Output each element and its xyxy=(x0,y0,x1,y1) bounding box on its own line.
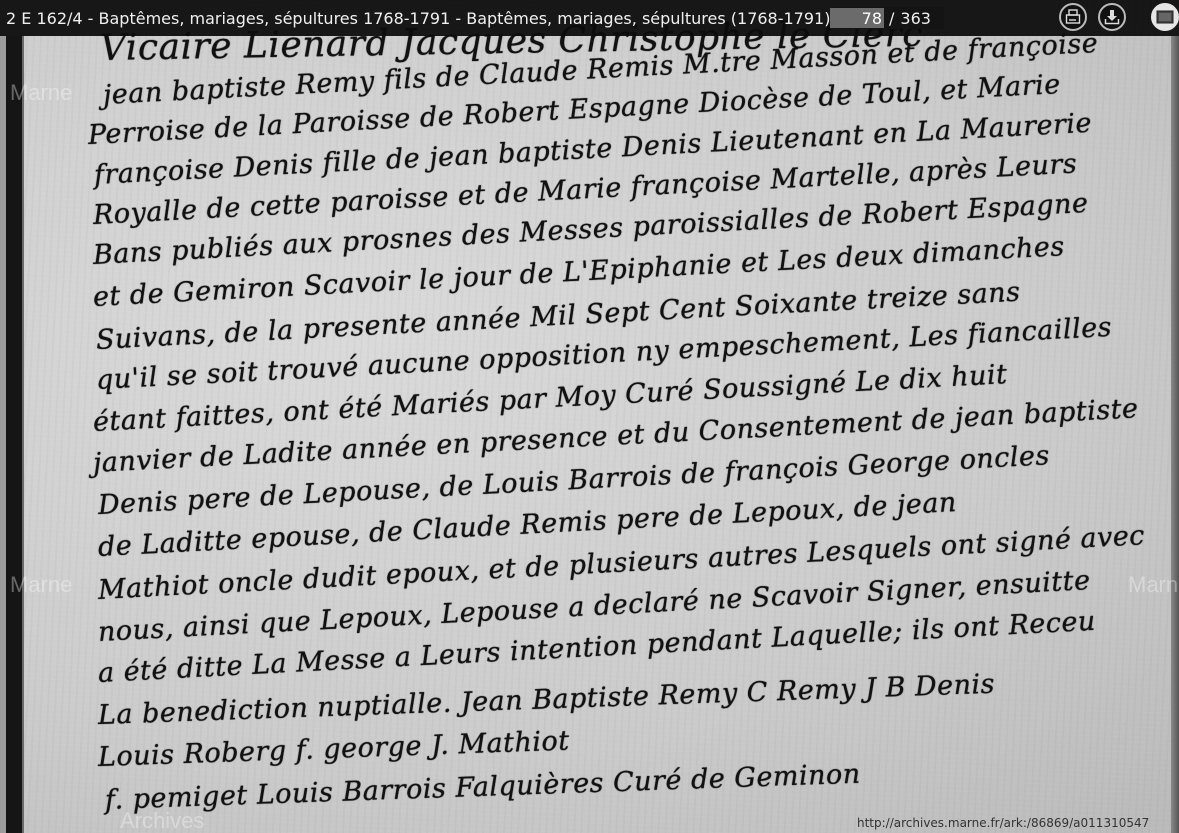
register-line: jean baptiste Remy fils de Claude Remis … xyxy=(102,28,1099,111)
page-navigator: / 363 xyxy=(830,7,944,29)
watermark: Marne xyxy=(10,572,72,598)
register-line: janvier de Ladite année en presence et d… xyxy=(92,393,1139,479)
watermark: Marne xyxy=(1128,572,1179,598)
register-line: f. pemiget Louis Barrois Falquières Curé… xyxy=(104,759,861,816)
current-page-input[interactable] xyxy=(830,8,884,28)
register-line: Perroise de la Paroisse de Robert Espagn… xyxy=(87,69,1061,151)
page-binding-edge xyxy=(0,36,24,833)
register-line: Louis Roberg f. george J. Mathiot xyxy=(97,726,570,773)
register-line: qu'il se soit trouvé aucune opposition n… xyxy=(95,312,1113,396)
watermark: Marne xyxy=(10,80,72,106)
total-pages: 363 xyxy=(900,9,931,28)
register-line: Mathiot oncle dudit epoux, et de plusieu… xyxy=(97,520,1145,606)
register-line: et de Gemiron Scavoir le jour de L'Epiph… xyxy=(92,231,1065,313)
print-button[interactable] xyxy=(1059,3,1087,31)
register-line: Suivans, de la presente année Mil Sept C… xyxy=(95,277,1021,356)
register-line: Royalle de cette paroisse et de Marie fr… xyxy=(92,148,1078,231)
permalink[interactable]: http://archives.marne.fr/ark:/86869/a011… xyxy=(857,816,1179,830)
register-line: de Laditte epouse, de Claude Remis pere … xyxy=(97,487,957,563)
watermark: Archives xyxy=(120,808,204,833)
viewer-toolbar: 2 E 162/4 - Baptêmes, mariages, sépultur… xyxy=(0,0,1179,36)
fullscreen-button[interactable] xyxy=(1151,3,1179,31)
document-image-viewer[interactable]: Marne Marne Marne Archives Vicaire Liena… xyxy=(0,0,1179,833)
register-line: Denis pere de Lepouse, de Louis Barrois … xyxy=(97,440,1050,521)
page-right-edge xyxy=(1171,36,1179,833)
register-line: françoise Denis fille de jean baptiste D… xyxy=(93,108,1093,191)
download-button[interactable] xyxy=(1098,3,1126,31)
register-line: nous, ainsi que Lepoux, Lepouse a declar… xyxy=(97,565,1091,648)
screen-icon xyxy=(1156,10,1174,24)
printer-icon xyxy=(1065,9,1081,25)
register-line: La benediction nuptialle. Jean Baptiste … xyxy=(97,669,995,731)
register-line: Bans publiés aux prosnes des Messes paro… xyxy=(92,188,1089,271)
download-icon xyxy=(1104,9,1120,25)
page-separator: / xyxy=(889,9,894,28)
register-line: étant faittes, ont été Mariés par Moy Cu… xyxy=(92,359,1008,438)
register-line: a été ditte La Messe a Leurs intention p… xyxy=(97,606,1096,689)
document-title: 2 E 162/4 - Baptêmes, mariages, sépultur… xyxy=(0,9,830,28)
handwritten-register-text: Vicaire Lienard Jacques Christophe le Cl… xyxy=(0,0,1179,833)
